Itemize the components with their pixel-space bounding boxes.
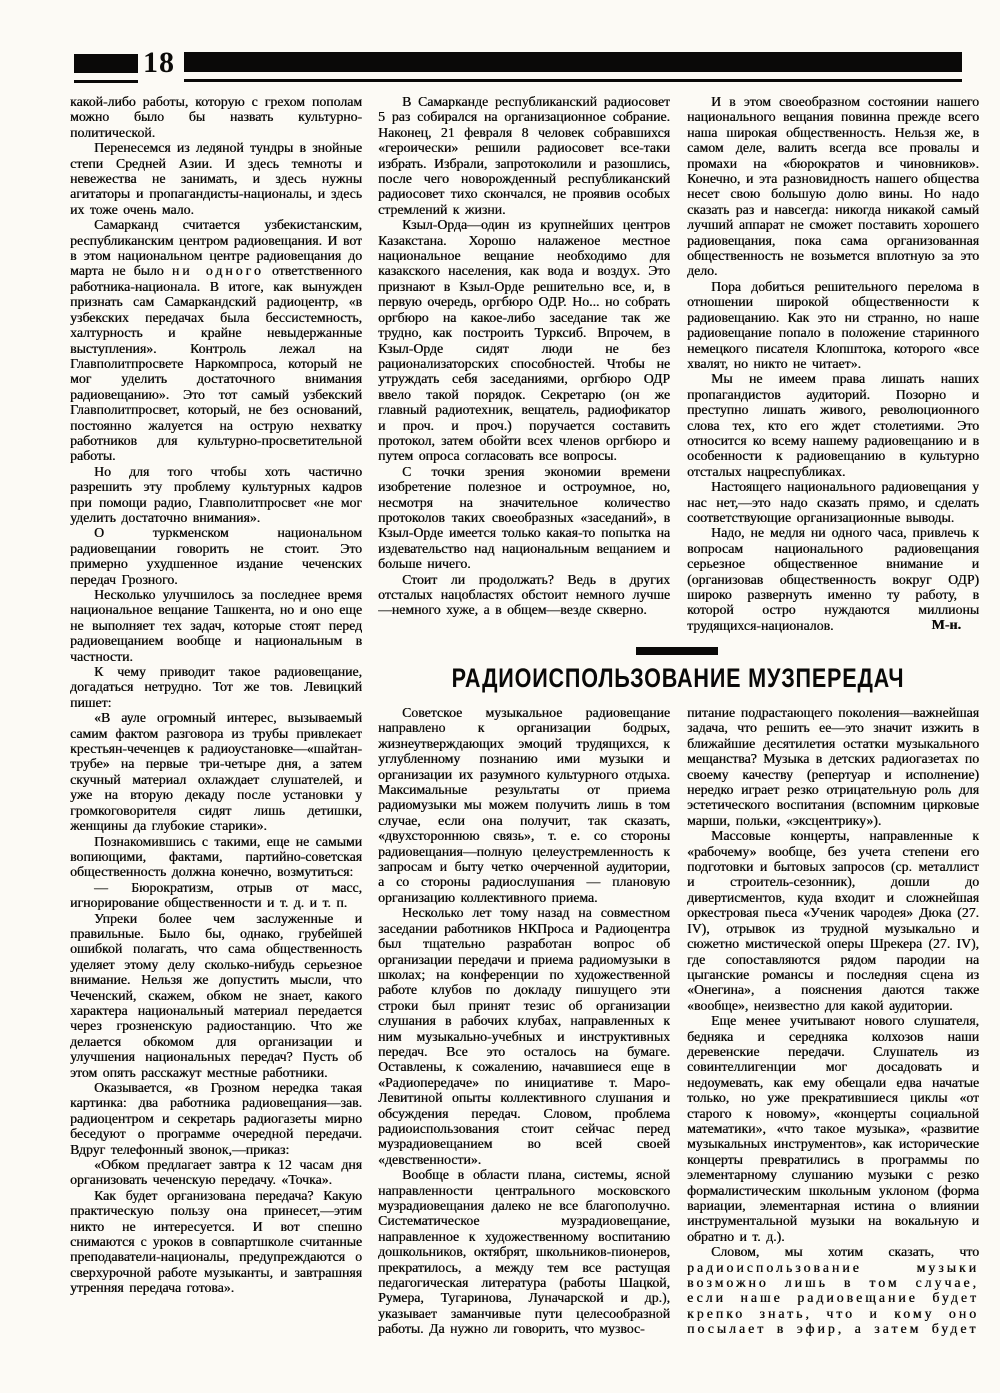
page-number: 18 bbox=[143, 46, 175, 80]
article1-column-2: В Самарканде республиканский радиосовет … bbox=[378, 94, 670, 648]
article2-column-1: Советское музыкальное радиовещание напра… bbox=[378, 705, 670, 1389]
paragraph: И в этом своеобразном состоянии нашего н… bbox=[687, 94, 979, 279]
article1-column-3: И в этом своеобразном состоянии нашего н… bbox=[687, 94, 979, 648]
paragraph: Мы не имеем права лишать наших пропаганд… bbox=[687, 371, 979, 479]
paragraph: Настоящего национального радиовещания у … bbox=[687, 479, 979, 525]
article1-column-1: какой-либо работы, которую с грехом попо… bbox=[70, 94, 362, 1386]
paragraph: Самарканд считается узбекистанским, респ… bbox=[70, 217, 362, 464]
paragraph: Как будет организована передача? Какую п… bbox=[70, 1188, 362, 1296]
article1-column-3-text: И в этом своеобразном состоянии нашего н… bbox=[687, 94, 979, 633]
letterspaced-emphasis: ни одного bbox=[172, 263, 264, 278]
paragraph: Кзыл-Орда—один из крупнейших центров Каз… bbox=[378, 217, 670, 464]
paragraph: питание подрастающего поколения—важнейша… bbox=[687, 705, 979, 828]
article-divider-bar bbox=[636, 647, 718, 655]
paragraph: С точки зрения экономии времени изобрете… bbox=[378, 464, 670, 572]
paragraph: какой-либо работы, которую с грехом попо… bbox=[70, 94, 362, 140]
paragraph: «В ауле огромный интерес, вызываемый сам… bbox=[70, 710, 362, 833]
paragraph: Советское музыкальное радиовещание напра… bbox=[378, 705, 670, 905]
scanned-newspaper-page: 18 какой-либо работы, которую с грехом п… bbox=[0, 0, 1000, 1393]
paragraph: Еще менее учитывают нового слушателя, бе… bbox=[687, 1013, 979, 1244]
header-bar-left bbox=[74, 54, 138, 73]
paragraph: Массовые концерты, направленные к «рабоч… bbox=[687, 828, 979, 1013]
paragraph: Несколько улучшилось за последнее время … bbox=[70, 587, 362, 664]
paragraph: Оказывается, «в Грозном нередка такая ка… bbox=[70, 1080, 362, 1157]
header-underline-left bbox=[74, 80, 138, 83]
paragraph: «Обком предлагает завтра к 12 часам дня … bbox=[70, 1157, 362, 1188]
paragraph: Упреки более чем заслуженные и правильны… bbox=[70, 911, 362, 1080]
paragraph: О туркменском национальном радиовещании … bbox=[70, 525, 362, 587]
article2-heading: РАДИОИСПОЛЬЗОВАНИЕ МУЗПЕРЕДАЧ bbox=[438, 663, 918, 694]
paragraph: В Самарканде республиканский радиосовет … bbox=[378, 94, 670, 217]
paragraph: Пора добиться решительного перелома в от… bbox=[687, 279, 979, 371]
paragraph: — Бюрократизм, отрыв от масс, игнорирова… bbox=[70, 880, 362, 911]
header-underline-right bbox=[184, 79, 962, 82]
paragraph: Познакомившись с такими, еще не самыми в… bbox=[70, 834, 362, 880]
paragraph: Перенесемся из ледяной тундры в знойные … bbox=[70, 140, 362, 217]
paragraph: Словом, мы хотим сказать, что радиоиспол… bbox=[687, 1244, 979, 1336]
article2-column-2: питание подрастающего поколения—важнейша… bbox=[687, 705, 979, 1389]
paragraph: Стоит ли продолжать? Ведь в других отста… bbox=[378, 572, 670, 618]
header-bar-right bbox=[184, 52, 962, 72]
paragraph: К чему приводит такое радиовещание, дога… bbox=[70, 664, 362, 710]
paragraph: Но для того чтобы хоть частично разрешит… bbox=[70, 464, 362, 526]
paragraph: Вообще в области плана, системы, ясной н… bbox=[378, 1167, 670, 1336]
letterspaced-emphasis: радиоиспользование музыки возможно лишь … bbox=[687, 1260, 979, 1337]
paragraph: Несколько лет тому назад на совместном з… bbox=[378, 905, 670, 1167]
